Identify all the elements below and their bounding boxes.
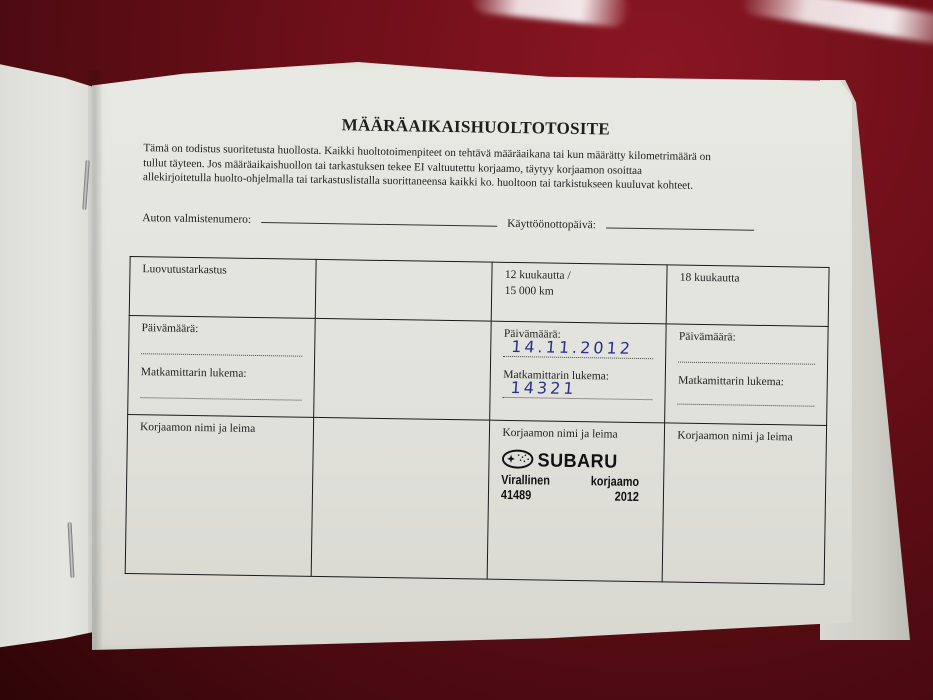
odometer-label: Matkamittarin lukema:: [678, 375, 815, 389]
date-value[interactable]: [679, 343, 816, 363]
stamp-row: 41489 2012: [501, 487, 639, 504]
date-label: Päivämäärä:: [679, 331, 816, 345]
table-row: Luovutustarkastus 12 kuukautta / 15 000 …: [129, 256, 829, 326]
subaru-logo-icon: [502, 449, 535, 473]
column-header-line: 12 kuukautta /: [505, 269, 655, 283]
stamp-brand-row: SUBARU: [502, 449, 645, 474]
service-table: Luovutustarkastus 12 kuukautta / 15 000 …: [125, 256, 830, 585]
cell-18-month-header: 18 kuukautta: [667, 265, 829, 327]
cell-delivery-date-odometer: Päivämäärä: Matkamittarin lukema:: [128, 315, 315, 417]
stamp-brand: SUBARU: [538, 450, 618, 473]
cell-blank: [314, 318, 492, 420]
vin-label: Auton valmistenumero:: [142, 212, 251, 226]
odometer-label: Matkamittarin lukema:: [141, 366, 302, 381]
page-content: MÄÄRÄAIKAISHUOLTOTOSITE Tämä on todistus…: [124, 108, 832, 609]
cell-delivery-workshop: Korjaamon nimi ja leima: [125, 414, 313, 576]
stamp-text: korjaamo: [591, 473, 640, 489]
workshop-stamp: SUBARU Virallinen korjaamo 41489 2012: [501, 449, 644, 504]
handwritten-date[interactable]: 14.11.2012: [511, 338, 654, 357]
cell-18-month-workshop: Korjaamon nimi ja leima: [663, 423, 827, 585]
cell-delivery-inspection-header: Luovutustarkastus: [129, 256, 316, 318]
cell-12-month-header: 12 kuukautta / 15 000 km: [492, 262, 668, 324]
vehicle-fields: Auton valmistenumero: Käyttöönottopäivä:: [142, 212, 764, 234]
handwritten-odometer[interactable]: 14321: [510, 379, 653, 398]
column-header: 18 kuukautta: [680, 272, 817, 286]
commission-date-field[interactable]: [606, 226, 754, 230]
cell-blank-header: [315, 259, 492, 321]
column-header: [328, 266, 480, 268]
workshop-label: Korjaamon nimi ja leima: [140, 421, 301, 436]
vin-field[interactable]: [261, 221, 497, 227]
page-title: MÄÄRÄAIKAISHUOLTOTOSITE: [342, 115, 611, 139]
cell-18-month-date-odometer: Päivämäärä: Matkamittarin lukema:: [665, 324, 828, 426]
workshop-label: Korjaamon nimi ja leima: [677, 430, 814, 444]
light-glare: [739, 0, 933, 47]
cell-blank: [311, 417, 490, 579]
table-row: Korjaamon nimi ja leima Korjaamon nimi j…: [125, 414, 826, 584]
cell-12-month-date-odometer: Päivämäärä: 14.11.2012 Matkamittarin luk…: [490, 321, 667, 423]
light-glare: [469, 0, 632, 28]
cell-12-month-workshop: Korjaamon nimi ja leima SUBARU: [488, 420, 665, 582]
table-row: Päivämäärä: Matkamittarin lukema: Päiväm…: [128, 315, 828, 425]
stamp-text: 2012: [615, 489, 639, 504]
workshop-label: Korjaamon nimi ja leima: [502, 427, 652, 441]
stamp-text: 41489: [501, 487, 531, 502]
intro-paragraph: Tämä on todistus suoritetusta huollosta.…: [143, 141, 824, 195]
column-header-line: 15 000 km: [505, 285, 655, 299]
column-header: Luovutustarkastus: [142, 263, 303, 278]
stamp-text: Virallinen: [502, 472, 551, 488]
commission-date-label: Käyttöönottopäivä:: [507, 218, 596, 231]
page-gutter: [88, 70, 102, 650]
